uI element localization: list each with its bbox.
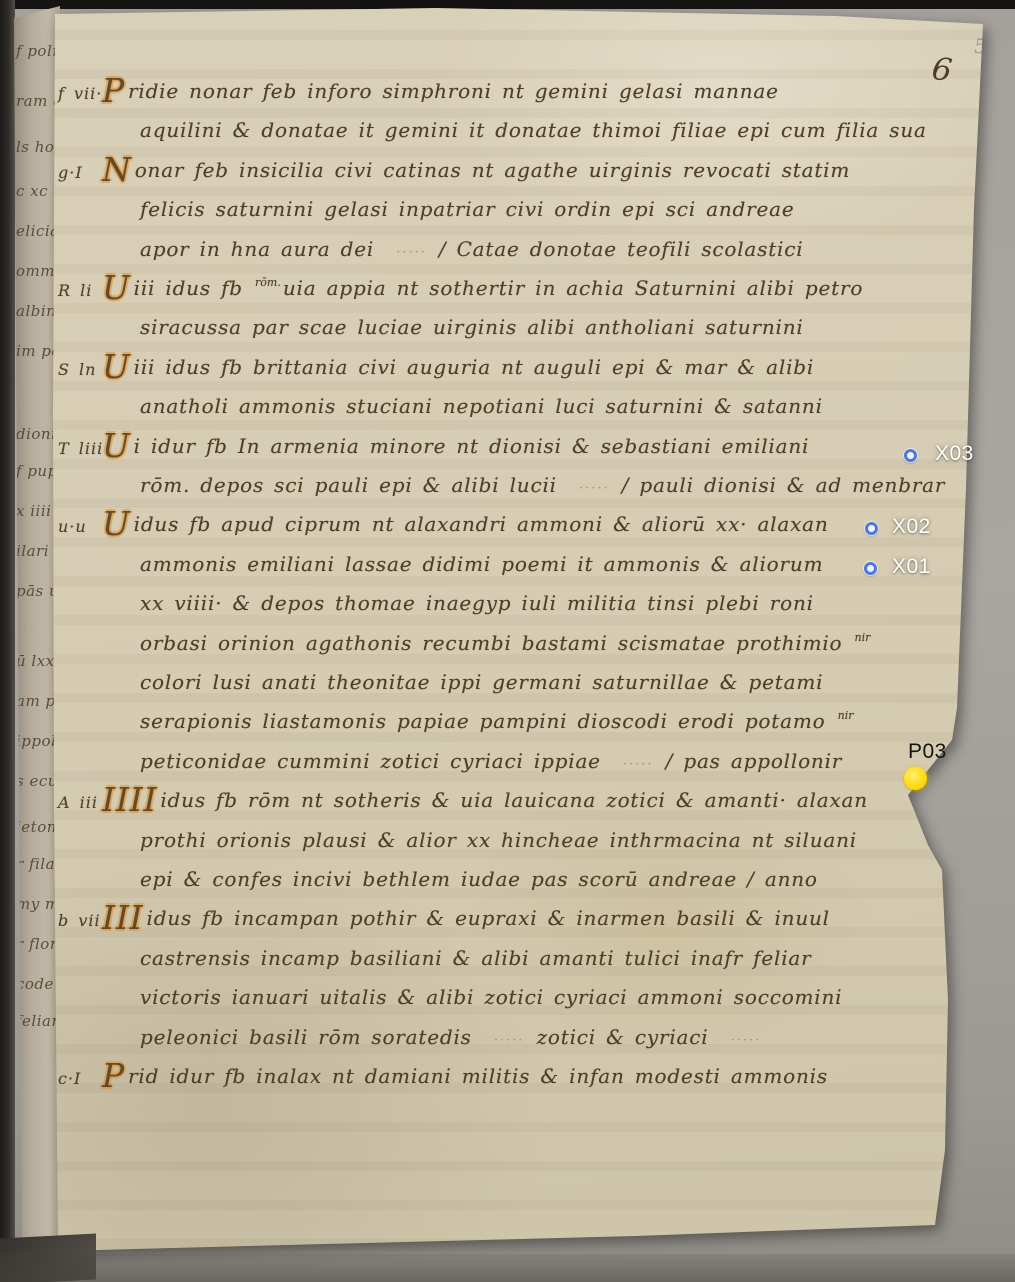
text-segment: onar feb insicilia civi catinas nt agath… <box>135 158 850 182</box>
manuscript-line: aquilini & donatae it gemini it donatae … <box>36 117 966 143</box>
manuscript-line: anatholi ammonis stuciani nepotiani luci… <box>36 393 966 419</box>
manuscript-line: f vii·Pridie nonar feb inforo simphroni … <box>36 78 966 104</box>
manuscript-line: R liUiii idus fb rōm.uia appia nt sother… <box>36 275 966 305</box>
line-text: epi & confes incivi bethlem iudae pas sc… <box>36 866 966 892</box>
decorated-initial: U <box>102 426 131 465</box>
line-text: Pridie nonar feb inforo simphroni nt gem… <box>36 78 966 104</box>
superscript-gloss: rōm. <box>255 276 281 289</box>
line-text: aquilini & donatae it gemini it donatae … <box>36 117 966 143</box>
text-segment: uia appia nt sothertir in achia Saturnin… <box>283 276 863 300</box>
line-text: colori lusi anati theonitae ippi germani… <box>36 669 966 695</box>
manuscript-line: orbasi orinion agathonis recumbi bastami… <box>36 630 966 660</box>
parchment-page: 5 6 f vii·Pridie nonar feb inforo simphr… <box>36 8 988 1256</box>
manuscript-photo-screenshot: f polnram &ls honoc xc iiiieliciam &ommo… <box>0 0 1015 1282</box>
line-text: serapionis liastamonis papiae pampini di… <box>36 708 966 738</box>
text-segment: idus fb incampan pothir & eupraxi & inar… <box>147 906 830 930</box>
rubric-dot-filler: ····· <box>731 1033 762 1048</box>
manuscript-line: peleonici basili rōm soratedis ·····zoti… <box>36 1024 966 1054</box>
text-segment: iii idus fb brittania civi auguria nt au… <box>134 355 814 379</box>
decorated-initial: U <box>102 347 131 386</box>
line-text: peticonidae cummini zotici cyriaci ippia… <box>36 748 966 778</box>
manuscript-line: felicis saturnini gelasi inpatriar civi … <box>36 196 966 222</box>
text-segment: xx viiii· & depos thomae inaegyp iuli mi… <box>140 591 814 615</box>
manuscript-line: siracussa par scae luciae uirginis alibi… <box>36 314 966 340</box>
text-segment: iii idus fb <box>134 276 253 300</box>
text-segment: idus fb rōm nt sotheris & uia lauicana z… <box>160 788 868 812</box>
manuscript-line: victoris ianuari uitalis & alibi zotici … <box>36 984 966 1010</box>
line-text: peleonici basili rōm soratedis ·····zoti… <box>36 1024 966 1054</box>
margin-day-letter: u·u <box>58 514 87 540</box>
line-text: Nonar feb insicilia civi catinas nt agat… <box>36 157 966 183</box>
text-segment: ridie nonar feb inforo simphroni nt gemi… <box>128 79 779 103</box>
line-text: Uiii idus fb rōm.uia appia nt sothertir … <box>36 275 966 305</box>
text-segment: rōm. depos sci pauli epi & alibi lucii <box>140 473 567 497</box>
manuscript-line: A iiiIIIIidus fb rōm nt sotheris & uia l… <box>36 787 966 813</box>
text-segment: i idur fb In armenia minore nt dionisi &… <box>134 434 810 458</box>
text-segment: epi & confes incivi bethlem iudae pas sc… <box>140 867 747 891</box>
line-text: rōm. depos sci pauli epi & alibi lucii ·… <box>36 472 966 502</box>
line-text: felicis saturnini gelasi inpatriar civi … <box>36 196 966 222</box>
line-text: Uiii idus fb brittania civi auguria nt a… <box>36 354 966 380</box>
line-text: IIIIidus fb rōm nt sotheris & uia lauica… <box>36 787 966 813</box>
text-segment: rid idur fb inalax nt damiani militis & … <box>128 1064 828 1088</box>
manuscript-line: g·INonar feb insicilia civi catinas nt a… <box>36 157 966 183</box>
text-segment: colori lusi anati theonitae ippi germani… <box>140 670 823 694</box>
text-segment: prothi orionis plausi & alior xx hinchea… <box>140 828 857 852</box>
text-segment: ammonis emiliani lassae didimi poemi it … <box>140 552 823 576</box>
manuscript-line: T liiiUi idur fb In armenia minore nt di… <box>36 433 966 459</box>
manuscript-line: apor in hna aura dei ·····/ Catae donota… <box>36 236 966 266</box>
superscript-gloss: nir <box>855 631 871 644</box>
text-segment: peleonici basili rōm soratedis <box>140 1025 482 1049</box>
line-text: apor in hna aura dei ·····/ Catae donota… <box>36 236 966 266</box>
rubric-dot-filler: ····· <box>623 757 654 772</box>
decorated-initial: U <box>102 268 131 307</box>
line-text: Uidus fb apud ciprum nt alaxandri ammoni… <box>36 511 966 537</box>
manuscript-line: c·IPrid idur fb inalax nt damiani militi… <box>36 1063 966 1089</box>
text-segment: aquilini & donatae it gemini it donatae … <box>140 118 927 142</box>
line-text: castrensis incamp basiliani & alibi aman… <box>36 945 966 971</box>
rubric-dot-filler: ····· <box>494 1033 525 1048</box>
text-segment: / Catae donotae teofili scolastici <box>439 237 804 261</box>
margin-day-letter: S ln <box>58 357 96 383</box>
margin-day-letter: g·I <box>58 160 83 186</box>
text-block: f vii·Pridie nonar feb inforo simphroni … <box>36 8 988 1256</box>
manuscript-line: castrensis incamp basiliani & alibi aman… <box>36 945 966 971</box>
manuscript-line: xx viiii· & depos thomae inaegyp iuli mi… <box>36 590 966 616</box>
margin-day-letter: f vii· <box>58 81 102 107</box>
margin-day-letter: T liii <box>58 436 103 462</box>
strip-dot-decoration: · · <box>16 620 36 634</box>
book-spine-edge <box>0 0 15 1282</box>
text-segment: / pauli dionisi & ad menbrar <box>622 473 946 497</box>
text-segment: / pas appollonir <box>666 749 843 773</box>
line-text: prothi orionis plausi & alior xx hinchea… <box>36 827 966 853</box>
text-segment: zotici & cyriaci <box>537 1025 719 1049</box>
text-segment: siracussa par scae luciae uirginis alibi… <box>140 315 804 339</box>
parchment-page-wrap: 5 6 f vii·Pridie nonar feb inforo simphr… <box>36 8 988 1256</box>
manuscript-line: b viiIIIidus fb incampan pothir & euprax… <box>36 905 966 931</box>
margin-day-letter: b vii <box>58 908 101 934</box>
manuscript-line: S lnUiii idus fb brittania civi auguria … <box>36 354 966 380</box>
margin-day-letter: c·I <box>58 1066 81 1092</box>
decorated-initial: P <box>102 71 125 110</box>
text-segment: victoris ianuari uitalis & alibi zotici … <box>140 985 842 1009</box>
line-text: Ui idur fb In armenia minore nt dionisi … <box>36 433 966 459</box>
manuscript-line: serapionis liastamonis papiae pampini di… <box>36 708 966 738</box>
text-segment: serapionis liastamonis papiae pampini di… <box>140 709 836 733</box>
text-segment: peticonidae cummini zotici cyriaci ippia… <box>140 749 611 773</box>
line-text: ammonis emiliani lassae didimi poemi it … <box>36 551 966 577</box>
superscript-gloss: nir <box>838 709 854 722</box>
manuscript-line: ammonis emiliani lassae didimi poemi it … <box>36 551 966 577</box>
manuscript-line: epi & confes incivi bethlem iudae pas sc… <box>36 866 966 892</box>
line-text: orbasi orinion agathonis recumbi bastami… <box>36 630 966 660</box>
decorated-initial: P <box>102 1056 125 1095</box>
line-text: victoris ianuari uitalis & alibi zotici … <box>36 984 966 1010</box>
decorated-initial: N <box>102 150 132 189</box>
decorated-initial: III <box>102 898 144 937</box>
manuscript-line: colori lusi anati theonitae ippi germani… <box>36 669 966 695</box>
line-text: anatholi ammonis stuciani nepotiani luci… <box>36 393 966 419</box>
photo-bottom-edge <box>0 1254 1015 1282</box>
manuscript-line: peticonidae cummini zotici cyriaci ippia… <box>36 748 966 778</box>
margin-day-letter: R li <box>58 278 92 304</box>
text-segment: castrensis incamp basiliani & alibi aman… <box>140 946 811 970</box>
rubric-dot-filler: ····· <box>396 245 427 260</box>
decorated-initial: IIII <box>102 780 157 819</box>
text-segment: idus fb apud ciprum nt alaxandri ammoni … <box>134 512 829 536</box>
text-segment: anatholi ammonis stuciani nepotiani luci… <box>140 394 823 418</box>
line-text: siracussa par scae luciae uirginis alibi… <box>36 314 966 340</box>
text-segment: orbasi orinion agathonis recumbi bastami… <box>140 631 853 655</box>
line-text: IIIidus fb incampan pothir & eupraxi & i… <box>36 905 966 931</box>
manuscript-line: rōm. depos sci pauli epi & alibi lucii ·… <box>36 472 966 502</box>
decorated-initial: U <box>102 504 131 543</box>
line-text: Prid idur fb inalax nt damiani militis &… <box>36 1063 966 1089</box>
line-text: xx viiii· & depos thomae inaegyp iuli mi… <box>36 590 966 616</box>
text-segment: / anno <box>747 867 818 891</box>
text-segment: apor in hna aura dei <box>140 237 384 261</box>
margin-day-letter: A iii <box>58 790 98 816</box>
manuscript-line: u·uUidus fb apud ciprum nt alaxandri amm… <box>36 511 966 537</box>
rubric-dot-filler: ····· <box>579 481 610 496</box>
text-segment: felicis saturnini gelasi inpatriar civi … <box>140 197 795 221</box>
manuscript-line: prothi orionis plausi & alior xx hinchea… <box>36 827 966 853</box>
